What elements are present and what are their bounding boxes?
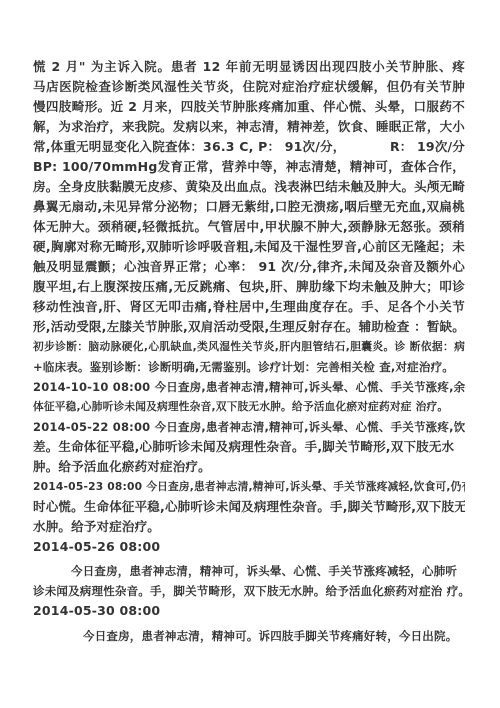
text-line: 慢四肢畸形。近 2 月来，四肢关节肿胀疼痛加重、伴心慌、头晕，口服药不能缓 <box>33 97 465 117</box>
text-line: 时心慌。生命体征平稳,心肺听诊未闻及病理性杂音。手,脚关节畸形,双下肢无 <box>33 497 465 517</box>
progress-note-line: 2014-05-22 08:00 今日查房,患者神志清,精神可,诉头晕、心慌、手… <box>33 417 465 437</box>
text-line: 水肿。给予对症治疗。 <box>33 517 465 537</box>
text-line: 房。全身皮肤黏膜无皮疹、黄染及出血点。浅表淋巴结未触及肿大。头颅无畸形, <box>33 177 465 197</box>
text-line: 鼻翼无扇动,未见异常分泌物；口唇无紫绀,口腔无溃疡,咽后壁无充血,双扁桃 <box>33 197 465 217</box>
text-line: 慌 2 月" 为主诉入院。患者 12 年前无明显诱因出现四肢小关节肿胀、疼痛，到… <box>33 57 465 77</box>
progress-note-line: 今日查房，患者神志清，精神可，诉头晕、心慌、手关节涨疼减轻，心肺听 <box>33 561 465 581</box>
text-line: 差。生命体征平稳,心肺听诊未闻及病理性杂音。手,脚关节畸形,双下肢无水 <box>33 437 465 457</box>
text-line: 移动性浊音,肝、肾区无叩击痛,脊柱居中,生理曲度存在。手、足各个小关节畸 <box>33 297 465 317</box>
vitals-temp-pulse: 常,体重无明显变化入院查体：36.3 C, P： 91次/分， <box>33 137 345 157</box>
progress-note-line: 2014-05-23 08:00 今日查房,患者神志清,精神可,诉头晕、手关节涨… <box>33 477 465 497</box>
vitals-line: 常,体重无明显变化入院查体：36.3 C, P： 91次/分， R： 19次/分 <box>33 137 465 157</box>
progress-note-line: 2014-10-10 08:00 今日查房,患者神志清,精神可,诉头晕、心慌、手… <box>33 377 465 397</box>
text-line: 肿。给予活血化瘀药对症治疗。 <box>33 457 465 477</box>
text-line: BP: 100/70mmHg发育正常，营养中等，神志清楚，精神可，查体合作，扶入… <box>33 157 465 177</box>
discharge-note-line: 今日查房，患者神志清，精神可。诉四肢手脚关节疼痛好转，今日出院。 <box>33 626 465 646</box>
text-line: 诊未闻及病理性杂音。手，脚关节畸形，双下肢无水肿。给予活血化瘀药对症治 疗。 <box>33 581 465 601</box>
initial-diagnosis-line: 初步诊断：脑动脉硬化,心肌缺血,类风湿性关节炎,肝内胆管结石,胆囊炎。诊 断依据… <box>33 337 465 357</box>
text-line: 体无肿大。颈稍硬,轻微抵抗。气管居中,甲状腺不肿大,颈静脉无怒张。颈稍 <box>33 217 465 237</box>
note-timestamp: 2014-05-26 08:00 <box>33 537 465 557</box>
text-line: +临床表。鉴别诊断：诊断明确,无需鉴别。诊疗计划：完善相关检 查,对症治疗。 <box>33 357 465 377</box>
note-timestamp: 2014-05-30 08:00 <box>33 601 465 621</box>
medical-record-page: 慌 2 月" 为主诉入院。患者 12 年前无明显诱因出现四肢小关节肿胀、疼痛，到… <box>0 0 500 708</box>
text-line: 形,活动受限,左膝关节肿胀,双肩活动受限,生理反射存在。辅助检查 ：暂缺。 <box>33 317 465 337</box>
text-line: 触及明显震颤；心浊音界正常；心率： 91 次/分,律齐,未闻及杂音及额外心音。 <box>33 257 465 277</box>
text-line: 体征平稳,心肺听诊未闻及病理性杂音,双下肢无水肿。给予活血化瘀对症药对症 治疗。 <box>33 397 465 417</box>
text-line: 解，为求治疗，来我院。发病以来，神志清，精神差，饮食、睡眠正常，大小便正 <box>33 117 465 137</box>
text-line: 马店医院检查诊断类风湿性关节炎，住院对症治疗症状缓解，但仍有关节肿痛，慢 <box>33 77 465 97</box>
vitals-respiration: R： 19次/分 <box>390 137 465 157</box>
text-line: 硬,胸廓对称无畸形,双肺听诊呼吸音粗,未闻及干湿性罗音,心前区无隆起；未 <box>33 237 465 257</box>
text-line: 腹平坦,右上腹深按压痛,无反跳痛、包块,肝、脾肋缘下均未触及肿大；叩诊无 <box>33 277 465 297</box>
